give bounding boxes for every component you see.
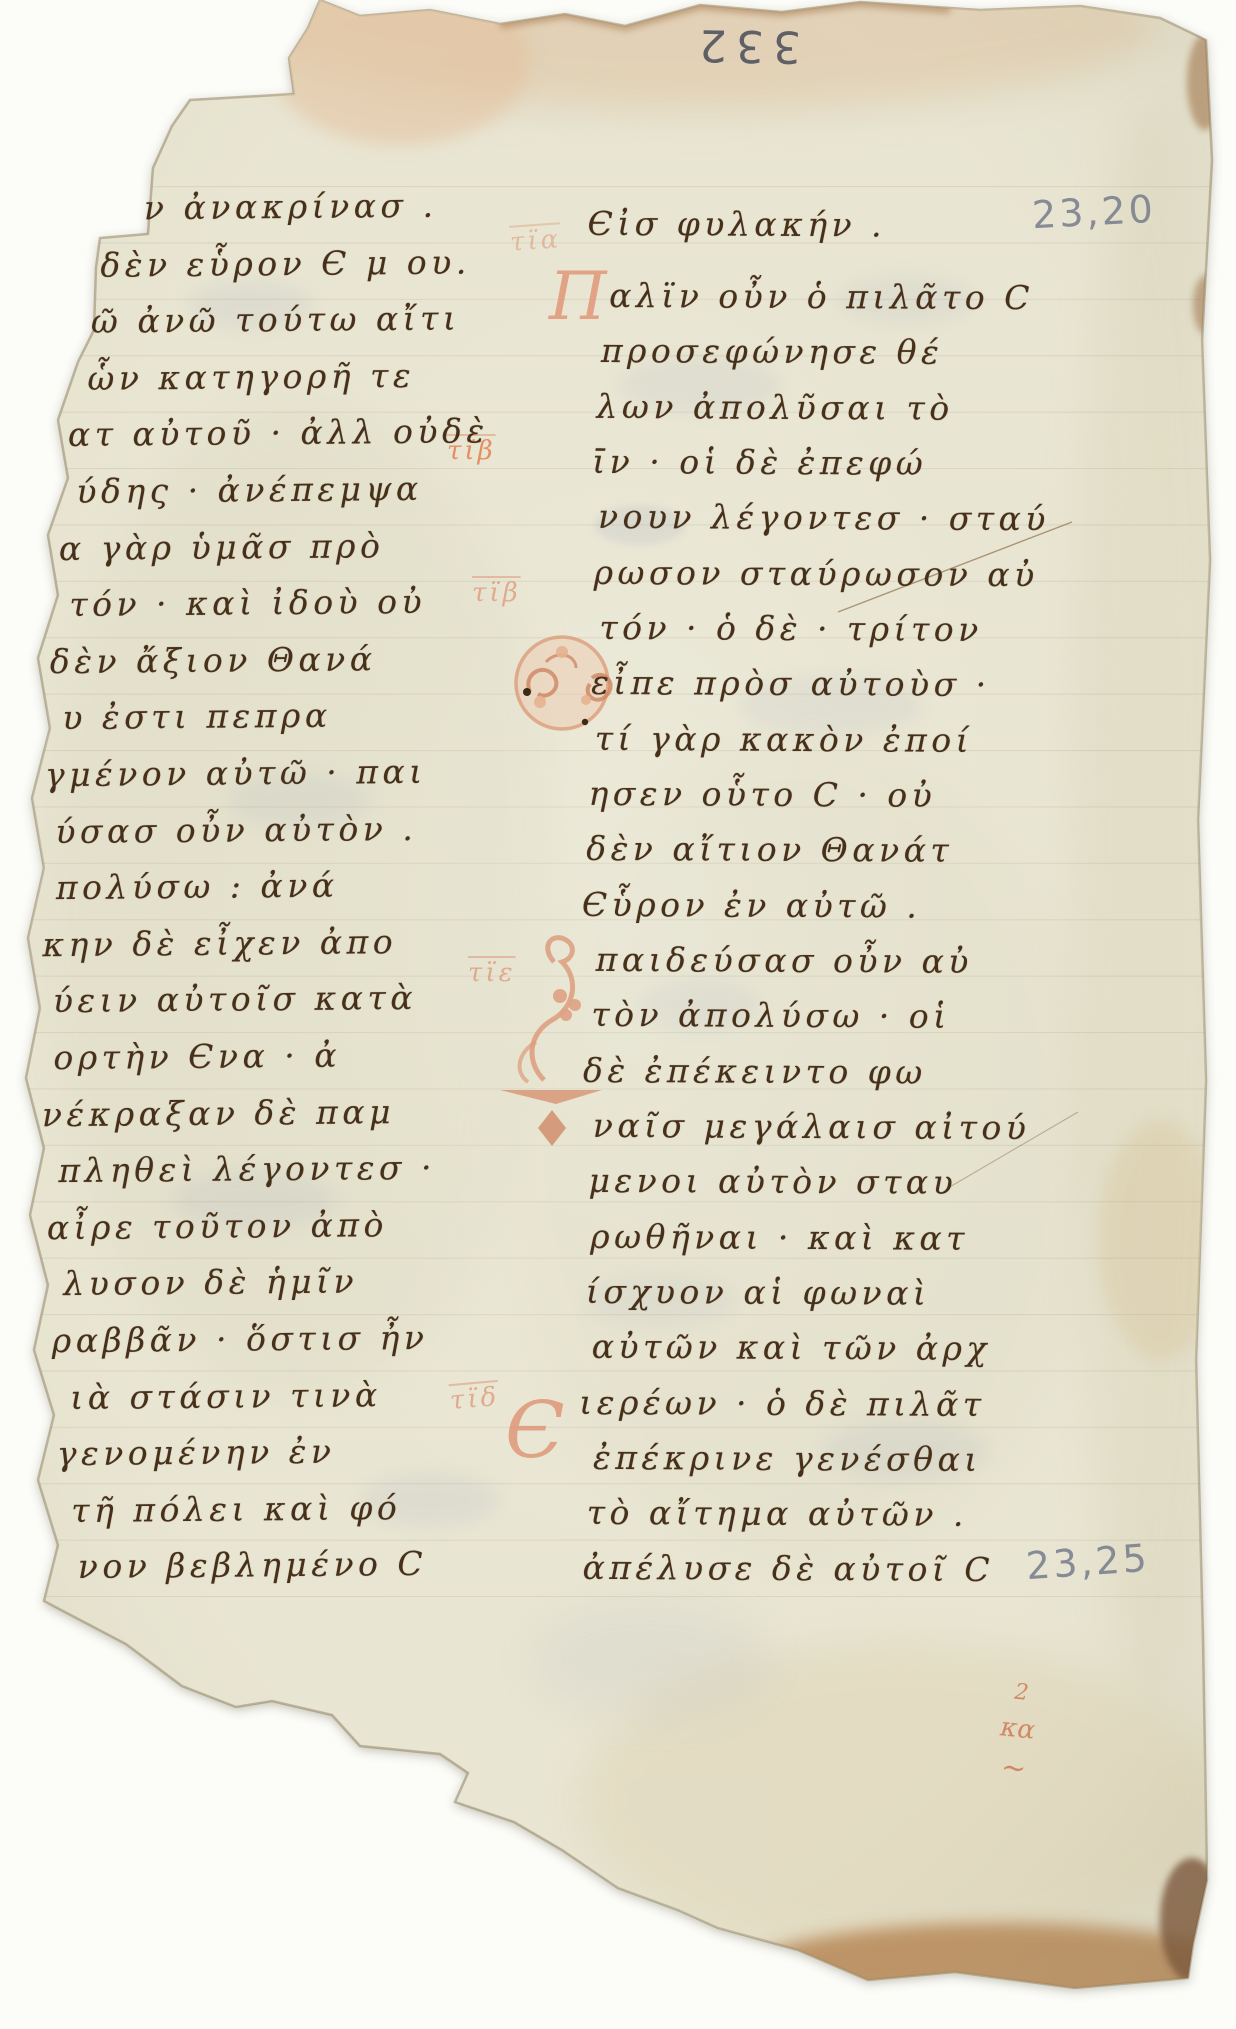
section-number: τϊα — [509, 224, 562, 257]
rosette-ornament — [516, 637, 611, 729]
rubric-initial-pi: Π — [549, 258, 607, 335]
section-number: τϊβ — [447, 436, 496, 466]
parchment-leaf — [0, 0, 1236, 2029]
section-number: τϊβ — [472, 578, 521, 608]
folio-number: 332 — [690, 19, 802, 72]
manuscript-scan: 332 23,20 23,25 τϊα τϊβ τϊβ τϊε τϊδ Π Є … — [0, 0, 1236, 2029]
pencil-verse-ref-top: 23,20 — [1031, 187, 1157, 237]
rubric-initial-epsilon: Є — [505, 1386, 565, 1476]
section-number: τϊδ — [449, 1382, 501, 1416]
pencil-verse-ref-bottom: 23,25 — [1025, 1536, 1152, 1589]
margin-mark: 2 — [1013, 1682, 1029, 1705]
margin-mark: ~ — [999, 1753, 1027, 1785]
section-number: τϊε — [468, 958, 516, 988]
margin-mark: κα — [999, 1714, 1036, 1743]
